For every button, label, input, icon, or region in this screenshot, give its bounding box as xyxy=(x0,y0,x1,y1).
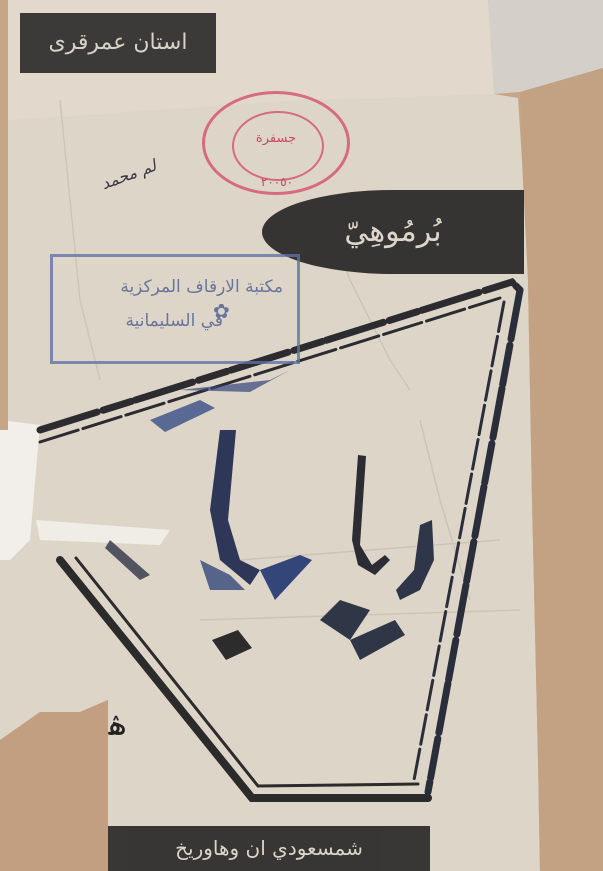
bottom-author-band: شمسعودي ان وهاوريخ xyxy=(108,826,430,871)
red-circular-stamp: جسفرة ٢٠٠٥٠ xyxy=(202,91,350,195)
stamp-line-1: مكتبة الارقاف المركزية xyxy=(120,277,283,297)
stamp-line-2: في السليمانية xyxy=(125,311,223,331)
stamp-inner-ring xyxy=(232,111,324,181)
top-label-band: استان عمرقرى xyxy=(20,13,216,73)
ornament-letter-icon: ۿ xyxy=(108,708,126,743)
flower-emblem-icon: ✿ xyxy=(213,299,230,323)
stamp-number: ٢٠٠٥٠ xyxy=(242,175,312,189)
title-band-text: بُرمُوهِيّ xyxy=(282,190,504,274)
title-band: بُرمُوهِيّ xyxy=(262,190,524,274)
left-edge-strip xyxy=(0,0,8,430)
stamp-center-text: جسفرة xyxy=(232,131,320,146)
blue-library-stamp: مكتبة الارقاف المركزية في السليمانية ✿ xyxy=(50,254,300,364)
